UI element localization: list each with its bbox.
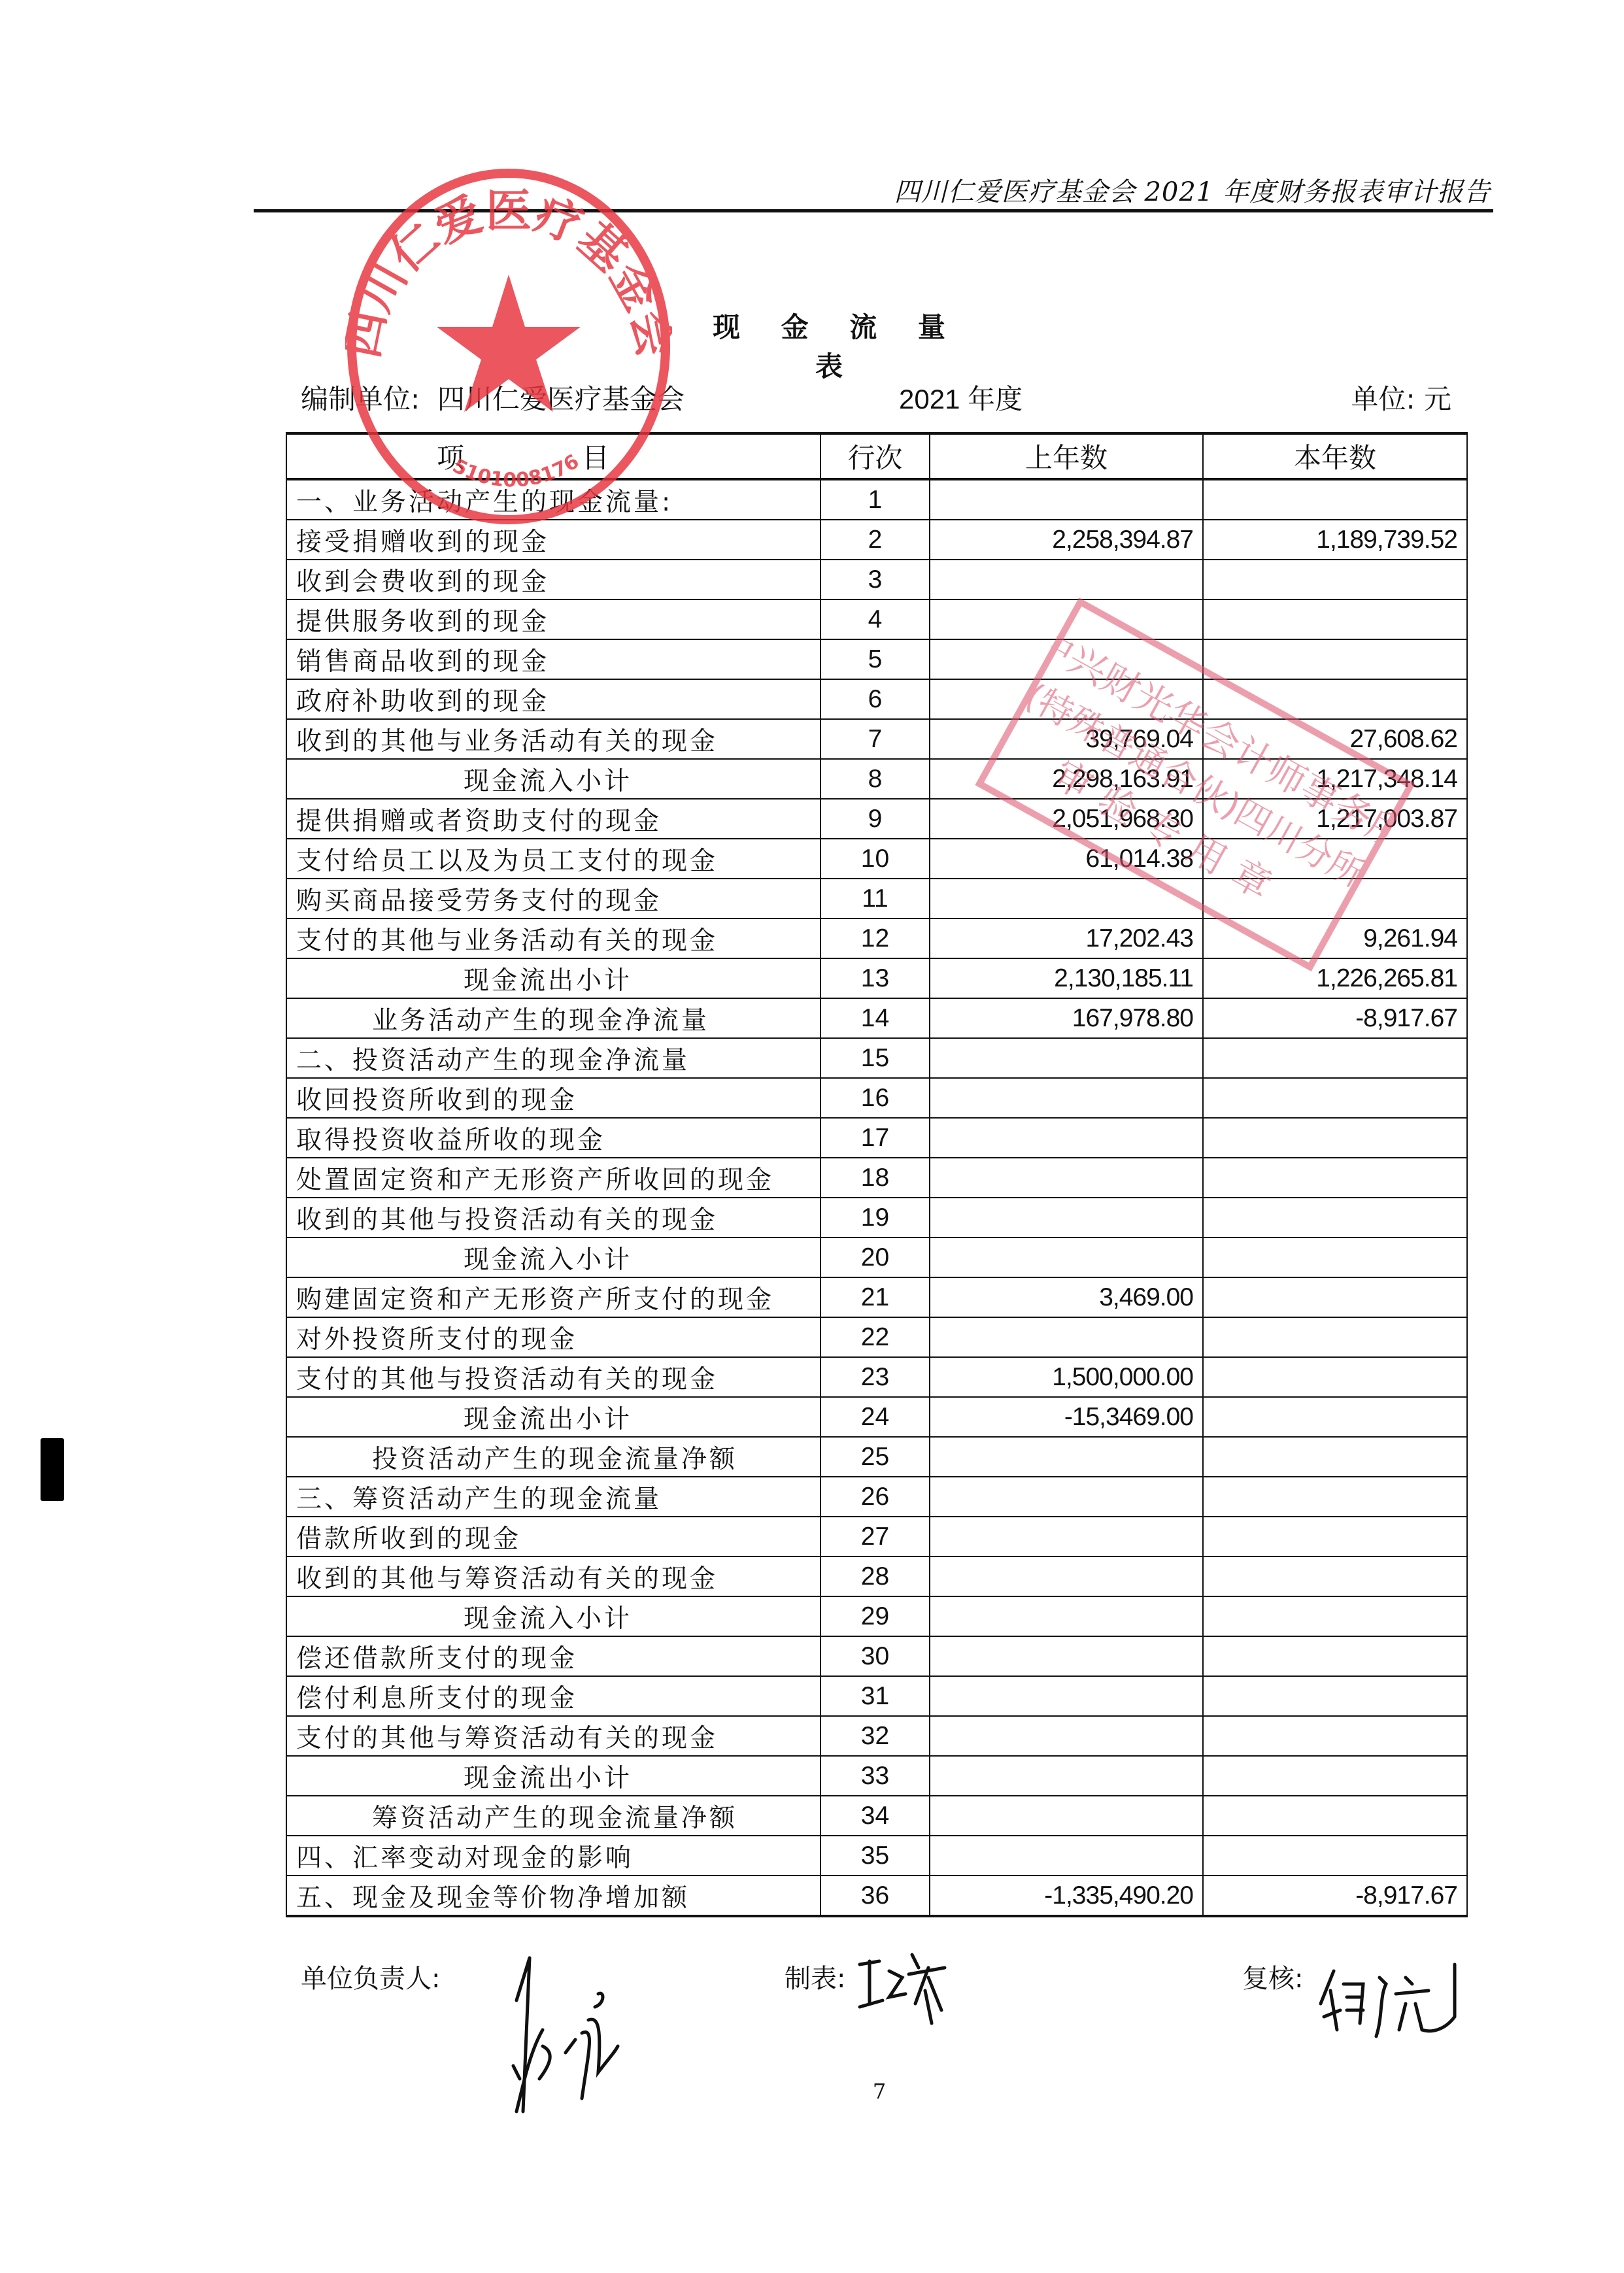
row-current-year-value: 9,261.94	[1203, 918, 1467, 958]
row-item: 三、筹资活动产生的现金流量	[286, 1477, 820, 1517]
table-row: 借款所收到的现金27	[286, 1517, 1467, 1557]
row-prev-year-value: 2,258,394.87	[930, 520, 1203, 560]
row-line-number: 10	[820, 839, 930, 879]
table-row: 现金流出小计33	[286, 1756, 1467, 1796]
row-prev-year-value	[930, 1796, 1203, 1836]
row-prev-year-value	[930, 679, 1203, 719]
row-current-year-value: -8,917.67	[1203, 1876, 1467, 1916]
row-item: 销售商品收到的现金	[286, 639, 820, 679]
row-item: 提供捐赠或者资助支付的现金	[286, 799, 820, 839]
row-prev-year-value	[930, 560, 1203, 599]
prepared-by: 编制单位: 四川仁爱医疗基金会	[301, 378, 685, 417]
row-prev-year-value	[930, 599, 1203, 639]
row-item: 投资活动产生的现金流量净额	[286, 1437, 820, 1477]
row-line-number: 35	[820, 1836, 930, 1876]
row-item: 处置固定资和产无形资产所收回的现金	[286, 1158, 820, 1198]
row-line-number: 15	[820, 1038, 930, 1078]
row-prev-year-value	[930, 1596, 1203, 1636]
table-row: 支付的其他与投资活动有关的现金231,500,000.00	[286, 1357, 1467, 1397]
row-line-number: 31	[820, 1676, 930, 1716]
row-item: 筹资活动产生的现金流量净额	[286, 1796, 820, 1836]
row-current-year-value	[1203, 679, 1467, 719]
row-line-number: 2	[820, 520, 930, 560]
table-row: 提供服务收到的现金4	[286, 599, 1467, 639]
row-current-year-value	[1203, 1636, 1467, 1676]
table-row: 筹资活动产生的现金流量净额34	[286, 1796, 1467, 1836]
prepared-by-value: 四川仁爱医疗基金会	[437, 383, 685, 415]
row-line-number: 24	[820, 1397, 930, 1437]
table-row: 现金流出小计132,130,185.111,226,265.81	[286, 958, 1467, 998]
table-row: 购买商品接受劳务支付的现金11	[286, 879, 1467, 918]
row-line-number: 5	[820, 639, 930, 679]
row-item: 现金流出小计	[286, 1756, 820, 1796]
row-item: 现金流入小计	[286, 1238, 820, 1277]
table-row: 二、投资活动产生的现金净流量15	[286, 1038, 1467, 1078]
row-line-number: 19	[820, 1198, 930, 1238]
table-row: 收到的其他与业务活动有关的现金739,769.0427,608.62	[286, 719, 1467, 759]
row-line-number: 20	[820, 1238, 930, 1277]
row-line-number: 3	[820, 560, 930, 599]
row-item: 政府补助收到的现金	[286, 679, 820, 719]
row-current-year-value	[1203, 1676, 1467, 1716]
row-line-number: 17	[820, 1118, 930, 1158]
table-row: 支付的其他与业务活动有关的现金1217,202.439,261.94	[286, 918, 1467, 958]
signature-footer: 单位负责人: 制表: 复核:	[301, 1958, 1478, 1997]
row-line-number: 25	[820, 1437, 930, 1477]
row-prev-year-value: 2,130,185.11	[930, 958, 1203, 998]
table-header-row: 项目 行次 上年数 本年数	[286, 433, 1467, 479]
row-line-number: 22	[820, 1317, 930, 1357]
row-item: 收回投资所收到的现金	[286, 1078, 820, 1118]
report-period: 2021 年度	[899, 378, 1023, 417]
row-line-number: 14	[820, 998, 930, 1038]
report-meta: 编制单位: 四川仁爱医疗基金会 2021 年度 单位: 元	[301, 378, 1451, 417]
row-current-year-value: -8,917.67	[1203, 998, 1467, 1038]
row-line-number: 30	[820, 1636, 930, 1676]
row-line-number: 18	[820, 1158, 930, 1198]
row-prev-year-value	[930, 1836, 1203, 1876]
row-prev-year-value: 61,014.38	[930, 839, 1203, 879]
row-current-year-value	[1203, 1756, 1467, 1796]
table-row: 四、汇率变动对现金的影响35	[286, 1836, 1467, 1876]
table-row: 销售商品收到的现金5	[286, 639, 1467, 679]
row-prev-year-value	[930, 639, 1203, 679]
row-current-year-value	[1203, 1158, 1467, 1198]
row-current-year-value	[1203, 560, 1467, 599]
row-prev-year-value: 3,469.00	[930, 1277, 1203, 1317]
table-row: 偿付利息所支付的现金31	[286, 1676, 1467, 1716]
col-header-current-year: 本年数	[1203, 433, 1467, 479]
row-line-number: 11	[820, 879, 930, 918]
table-row: 购建固定资和产无形资产所支付的现金213,469.00	[286, 1277, 1467, 1317]
table-row: 收回投资所收到的现金16	[286, 1078, 1467, 1118]
row-line-number: 36	[820, 1876, 930, 1916]
row-line-number: 26	[820, 1477, 930, 1517]
row-line-number: 7	[820, 719, 930, 759]
table-row: 收到的其他与筹资活动有关的现金28	[286, 1557, 1467, 1596]
row-prev-year-value: 2,298,163.91	[930, 759, 1203, 799]
row-item: 支付的其他与业务活动有关的现金	[286, 918, 820, 958]
table-row: 对外投资所支付的现金22	[286, 1317, 1467, 1357]
row-item: 购建固定资和产无形资产所支付的现金	[286, 1277, 820, 1317]
table-row: 处置固定资和产无形资产所收回的现金18	[286, 1158, 1467, 1198]
row-item: 二、投资活动产生的现金净流量	[286, 1038, 820, 1078]
row-prev-year-value	[930, 479, 1203, 520]
row-item: 支付给员工以及为员工支付的现金	[286, 839, 820, 879]
row-item: 现金流入小计	[286, 759, 820, 799]
row-line-number: 16	[820, 1078, 930, 1118]
row-item: 五、现金及现金等价物净增加额	[286, 1876, 820, 1916]
row-prev-year-value	[930, 1557, 1203, 1596]
row-item: 收到会费收到的现金	[286, 560, 820, 599]
row-prev-year-value	[930, 1198, 1203, 1238]
row-current-year-value: 27,608.62	[1203, 719, 1467, 759]
table-row: 现金流入小计82,298,163.911,217,348.14	[286, 759, 1467, 799]
row-current-year-value	[1203, 1716, 1467, 1756]
row-prev-year-value	[930, 1238, 1203, 1277]
row-line-number: 12	[820, 918, 930, 958]
table-row: 现金流入小计20	[286, 1238, 1467, 1277]
row-prev-year-value: 167,978.80	[930, 998, 1203, 1038]
row-item: 现金流出小计	[286, 958, 820, 998]
row-line-number: 13	[820, 958, 930, 998]
row-line-number: 33	[820, 1756, 930, 1796]
col-header-item-part1: 项	[437, 442, 464, 474]
col-header-prev-year: 上年数	[930, 433, 1203, 479]
row-current-year-value	[1203, 1078, 1467, 1118]
row-current-year-value	[1203, 479, 1467, 520]
row-current-year-value	[1203, 1277, 1467, 1317]
row-item: 收到的其他与筹资活动有关的现金	[286, 1557, 820, 1596]
table-row: 支付给员工以及为员工支付的现金1061,014.38	[286, 839, 1467, 879]
row-line-number: 9	[820, 799, 930, 839]
prepared-by-label: 编制单位:	[301, 383, 420, 415]
row-item: 接受捐赠收到的现金	[286, 520, 820, 560]
row-current-year-value	[1203, 879, 1467, 918]
row-line-number: 32	[820, 1716, 930, 1756]
row-current-year-value	[1203, 1437, 1467, 1477]
row-item: 借款所收到的现金	[286, 1517, 820, 1557]
row-prev-year-value: -1,335,490.20	[930, 1876, 1203, 1916]
row-current-year-value	[1203, 1317, 1467, 1357]
row-current-year-value	[1203, 1357, 1467, 1397]
row-line-number: 28	[820, 1557, 930, 1596]
row-line-number: 21	[820, 1277, 930, 1317]
row-line-number: 1	[820, 479, 930, 520]
row-prev-year-value	[930, 1078, 1203, 1118]
table-row: 五、现金及现金等价物净增加额36-1,335,490.20-8,917.67	[286, 1876, 1467, 1916]
row-current-year-value	[1203, 1397, 1467, 1437]
row-prev-year-value	[930, 1756, 1203, 1796]
row-item: 支付的其他与投资活动有关的现金	[286, 1357, 820, 1397]
row-item: 提供服务收到的现金	[286, 599, 820, 639]
row-prev-year-value: -15,3469.00	[930, 1397, 1203, 1437]
row-item: 偿还借款所支付的现金	[286, 1636, 820, 1676]
table-row: 提供捐赠或者资助支付的现金92,051,968.301,217,003.87	[286, 799, 1467, 839]
table-row: 取得投资收益所收的现金17	[286, 1118, 1467, 1158]
header-rule	[254, 209, 1493, 212]
reviewer-label: 复核:	[1242, 1958, 1303, 1995]
row-current-year-value	[1203, 1198, 1467, 1238]
row-prev-year-value: 2,051,968.30	[930, 799, 1203, 839]
cash-flow-table: 项目 行次 上年数 本年数 一、业务活动产生的现金流量:1接受捐赠收到的现金22…	[286, 432, 1468, 1917]
row-current-year-value	[1203, 1038, 1467, 1078]
row-current-year-value: 1,217,003.87	[1203, 799, 1467, 839]
row-prev-year-value	[930, 1158, 1203, 1198]
table-row: 现金流入小计29	[286, 1596, 1467, 1636]
row-prev-year-value	[930, 1317, 1203, 1357]
table-row: 三、筹资活动产生的现金流量26	[286, 1477, 1467, 1517]
table-row: 业务活动产生的现金净流量14167,978.80-8,917.67	[286, 998, 1467, 1038]
row-item: 支付的其他与筹资活动有关的现金	[286, 1716, 820, 1756]
row-prev-year-value: 17,202.43	[930, 918, 1203, 958]
table-row: 投资活动产生的现金流量净额25	[286, 1437, 1467, 1477]
row-prev-year-value	[930, 1676, 1203, 1716]
table-row: 收到会费收到的现金3	[286, 560, 1467, 599]
row-line-number: 23	[820, 1357, 930, 1397]
row-prev-year-value: 1,500,000.00	[930, 1357, 1203, 1397]
row-prev-year-value	[930, 1118, 1203, 1158]
preparer-label: 制表:	[785, 1958, 845, 1995]
row-item: 业务活动产生的现金净流量	[286, 998, 820, 1038]
row-current-year-value	[1203, 1477, 1467, 1517]
row-line-number: 4	[820, 599, 930, 639]
row-current-year-value	[1203, 1238, 1467, 1277]
row-current-year-value: 1,217,348.14	[1203, 759, 1467, 799]
row-prev-year-value	[930, 1437, 1203, 1477]
scan-binding-mark	[41, 1438, 64, 1501]
table-row: 现金流出小计24-15,3469.00	[286, 1397, 1467, 1437]
row-line-number: 8	[820, 759, 930, 799]
row-item: 偿付利息所支付的现金	[286, 1676, 820, 1716]
row-current-year-value	[1203, 1836, 1467, 1876]
row-current-year-value	[1203, 1118, 1467, 1158]
col-header-item: 项目	[286, 433, 820, 479]
currency-unit: 单位: 元	[1351, 378, 1451, 417]
row-prev-year-value	[930, 1517, 1203, 1557]
col-header-line: 行次	[820, 433, 930, 479]
row-item: 现金流出小计	[286, 1397, 820, 1437]
row-prev-year-value	[930, 1636, 1203, 1676]
row-item: 收到的其他与投资活动有关的现金	[286, 1198, 820, 1238]
row-current-year-value	[1203, 639, 1467, 679]
table-row: 一、业务活动产生的现金流量:1	[286, 479, 1467, 520]
row-prev-year-value: 39,769.04	[930, 719, 1203, 759]
row-item: 取得投资收益所收的现金	[286, 1118, 820, 1158]
row-prev-year-value	[930, 1716, 1203, 1756]
responsible-person-label: 单位负责人:	[301, 1958, 440, 1995]
row-current-year-value	[1203, 839, 1467, 879]
row-current-year-value	[1203, 1796, 1467, 1836]
row-item: 四、汇率变动对现金的影响	[286, 1836, 820, 1876]
row-line-number: 27	[820, 1517, 930, 1557]
row-current-year-value	[1203, 599, 1467, 639]
row-item: 购买商品接受劳务支付的现金	[286, 879, 820, 918]
col-header-item-part2: 目	[582, 442, 609, 474]
row-item: 一、业务活动产生的现金流量:	[286, 479, 820, 520]
row-item: 现金流入小计	[286, 1596, 820, 1636]
table-row: 偿还借款所支付的现金30	[286, 1636, 1467, 1676]
row-current-year-value	[1203, 1517, 1467, 1557]
table-row: 收到的其他与投资活动有关的现金19	[286, 1198, 1467, 1238]
row-line-number: 34	[820, 1796, 930, 1836]
row-prev-year-value	[930, 1477, 1203, 1517]
row-item: 对外投资所支付的现金	[286, 1317, 820, 1357]
row-prev-year-value	[930, 879, 1203, 918]
running-header: 四川仁爱医疗基金会 2021 年度财务报表审计报告	[850, 171, 1491, 209]
row-line-number: 6	[820, 679, 930, 719]
row-current-year-value: 1,226,265.81	[1203, 958, 1467, 998]
row-line-number: 29	[820, 1596, 930, 1636]
row-item: 收到的其他与业务活动有关的现金	[286, 719, 820, 759]
table-row: 政府补助收到的现金6	[286, 679, 1467, 719]
row-current-year-value	[1203, 1557, 1467, 1596]
row-prev-year-value	[930, 1038, 1203, 1078]
table-row: 接受捐赠收到的现金22,258,394.871,189,739.52	[286, 520, 1467, 560]
table-row: 支付的其他与筹资活动有关的现金32	[286, 1716, 1467, 1756]
page-title: 现 金 流 量 表	[706, 306, 968, 384]
row-current-year-value	[1203, 1596, 1467, 1636]
row-current-year-value: 1,189,739.52	[1203, 520, 1467, 560]
page-number: 7	[863, 2079, 896, 2104]
